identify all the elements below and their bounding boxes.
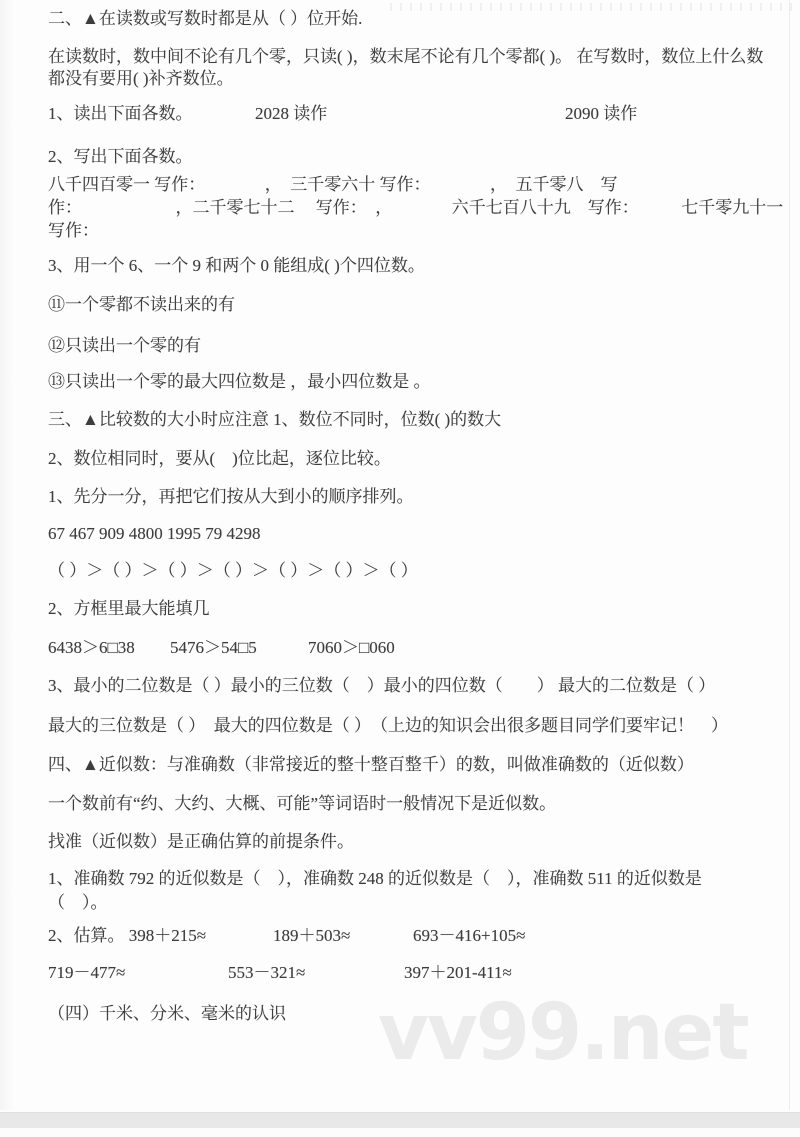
- question-min-max-line-2: 最大的三位数是（ ） 最大的四位数是（ ） （上边的知识会出很多题目同学们要牢记…: [48, 715, 728, 737]
- rule-compare-same-digits: 2、数位相同时，要从( )位比起，逐位比较。: [48, 448, 391, 470]
- item-13-max-min-four-digit: ⑬只读出一个零的最大四位数是 ，最小四位数是 。: [48, 371, 431, 393]
- watermark-text: vv99.net: [378, 988, 748, 1078]
- ordering-blanks: （ ）＞（ ）＞（ ）＞（ ）＞（ ）＞（ ）＞（ ）: [48, 560, 418, 582]
- item-11-no-zero-read: ⑪一个零都不读出来的有: [48, 294, 235, 316]
- item-12-one-zero-read: ⑫只读出一个零的有: [48, 335, 201, 357]
- inequality-fill-1: 6438＞6□38: [48, 637, 135, 659]
- question-approx-line-2: （ ）。: [48, 892, 108, 914]
- inequality-fill-3: 7060＞□060: [308, 637, 395, 659]
- inequality-fill-2: 5476＞54□5: [170, 637, 257, 659]
- write-numbers-line-3: 写作：: [48, 220, 99, 242]
- reading-writing-rule-line-2: 都没有要用( )补齐数位。: [48, 68, 234, 90]
- question-approx-line-1: 1、准确数 792 的近似数是（ ），准确数 248 的近似数是（ ），准确数 …: [48, 868, 702, 890]
- write-numbers-line-1: 八千四百零一 写作： ， 三千零六十 写作： ， 五千零八 写: [48, 174, 618, 196]
- estimate-expression-3: 693－416+105≈: [413, 925, 525, 947]
- question-max-fill-label: 2、方框里最大能填几: [48, 598, 210, 620]
- question-compose-four-digit: 3、用一个 6、一个 9 和两个 0 能组成( )个四位数。: [48, 255, 425, 277]
- question-read-numbers-label: 1、读出下面各数。: [48, 103, 193, 125]
- page-below-edge: [0, 1128, 800, 1137]
- heading-section-3: 三、▲比较数的大小时应注意 1、数位不同时，位数( )的数大: [48, 409, 501, 431]
- page-bottom-edge: [0, 1112, 800, 1128]
- estimate-expression-5: 553－321≈: [228, 962, 305, 984]
- reading-writing-rule-line-1: 在读数时，数中间不论有几个零，只读( )，数末尾不论有几个零都( )。 在写数时…: [48, 46, 763, 68]
- estimate-expression-6: 397＋201-411≈: [404, 962, 512, 984]
- write-numbers-line-2: 作： ，二千零七十二 写作： ， 六千七百八十九 写作： 七千零九十一: [48, 197, 783, 219]
- scan-artifact-top-dashes: [390, 3, 795, 11]
- question-min-max-line-1: 3、最小的二位数是（ ）最小的三位数（ ）最小的四位数（ ） 最大的二位数是（ …: [48, 675, 715, 697]
- heading-section-2: 二、▲在读数或写数时都是从（ ）位开始.: [48, 8, 362, 30]
- read-number-2090: 2090 读作: [565, 103, 637, 125]
- number-list: 67 467 909 4800 1995 79 4298: [48, 523, 261, 545]
- worksheet-page: 二、▲在读数或写数时都是从（ ）位开始. 在读数时，数中间不论有几个零，只读( …: [0, 0, 800, 1137]
- estimate-expression-2: 189＋503≈: [273, 925, 350, 947]
- question-write-numbers-label: 2、写出下面各数。: [48, 146, 193, 168]
- question-sort-numbers: 1、先分一分，再把它们按从大到小的顺序排列。: [48, 486, 414, 508]
- read-number-2028: 2028 读作: [255, 103, 327, 125]
- heading-section-4-approx: 四、▲近似数：与准确数（非常接近的整十整百整千）的数，叫做准确数的（近似数）: [48, 754, 694, 776]
- estimate-expression-1: 2、估算。 398＋215≈: [48, 925, 206, 947]
- approx-note-1: 一个数前有“约、大约、大概、可能”等词语时一般情况下是近似数。: [48, 793, 556, 815]
- heading-units-section: （四）千米、分米、毫米的认识: [48, 1003, 286, 1025]
- approx-note-2: 找准（近似数）是正确估算的前提条件。: [48, 831, 354, 853]
- estimate-expression-4: 719－477≈: [48, 962, 125, 984]
